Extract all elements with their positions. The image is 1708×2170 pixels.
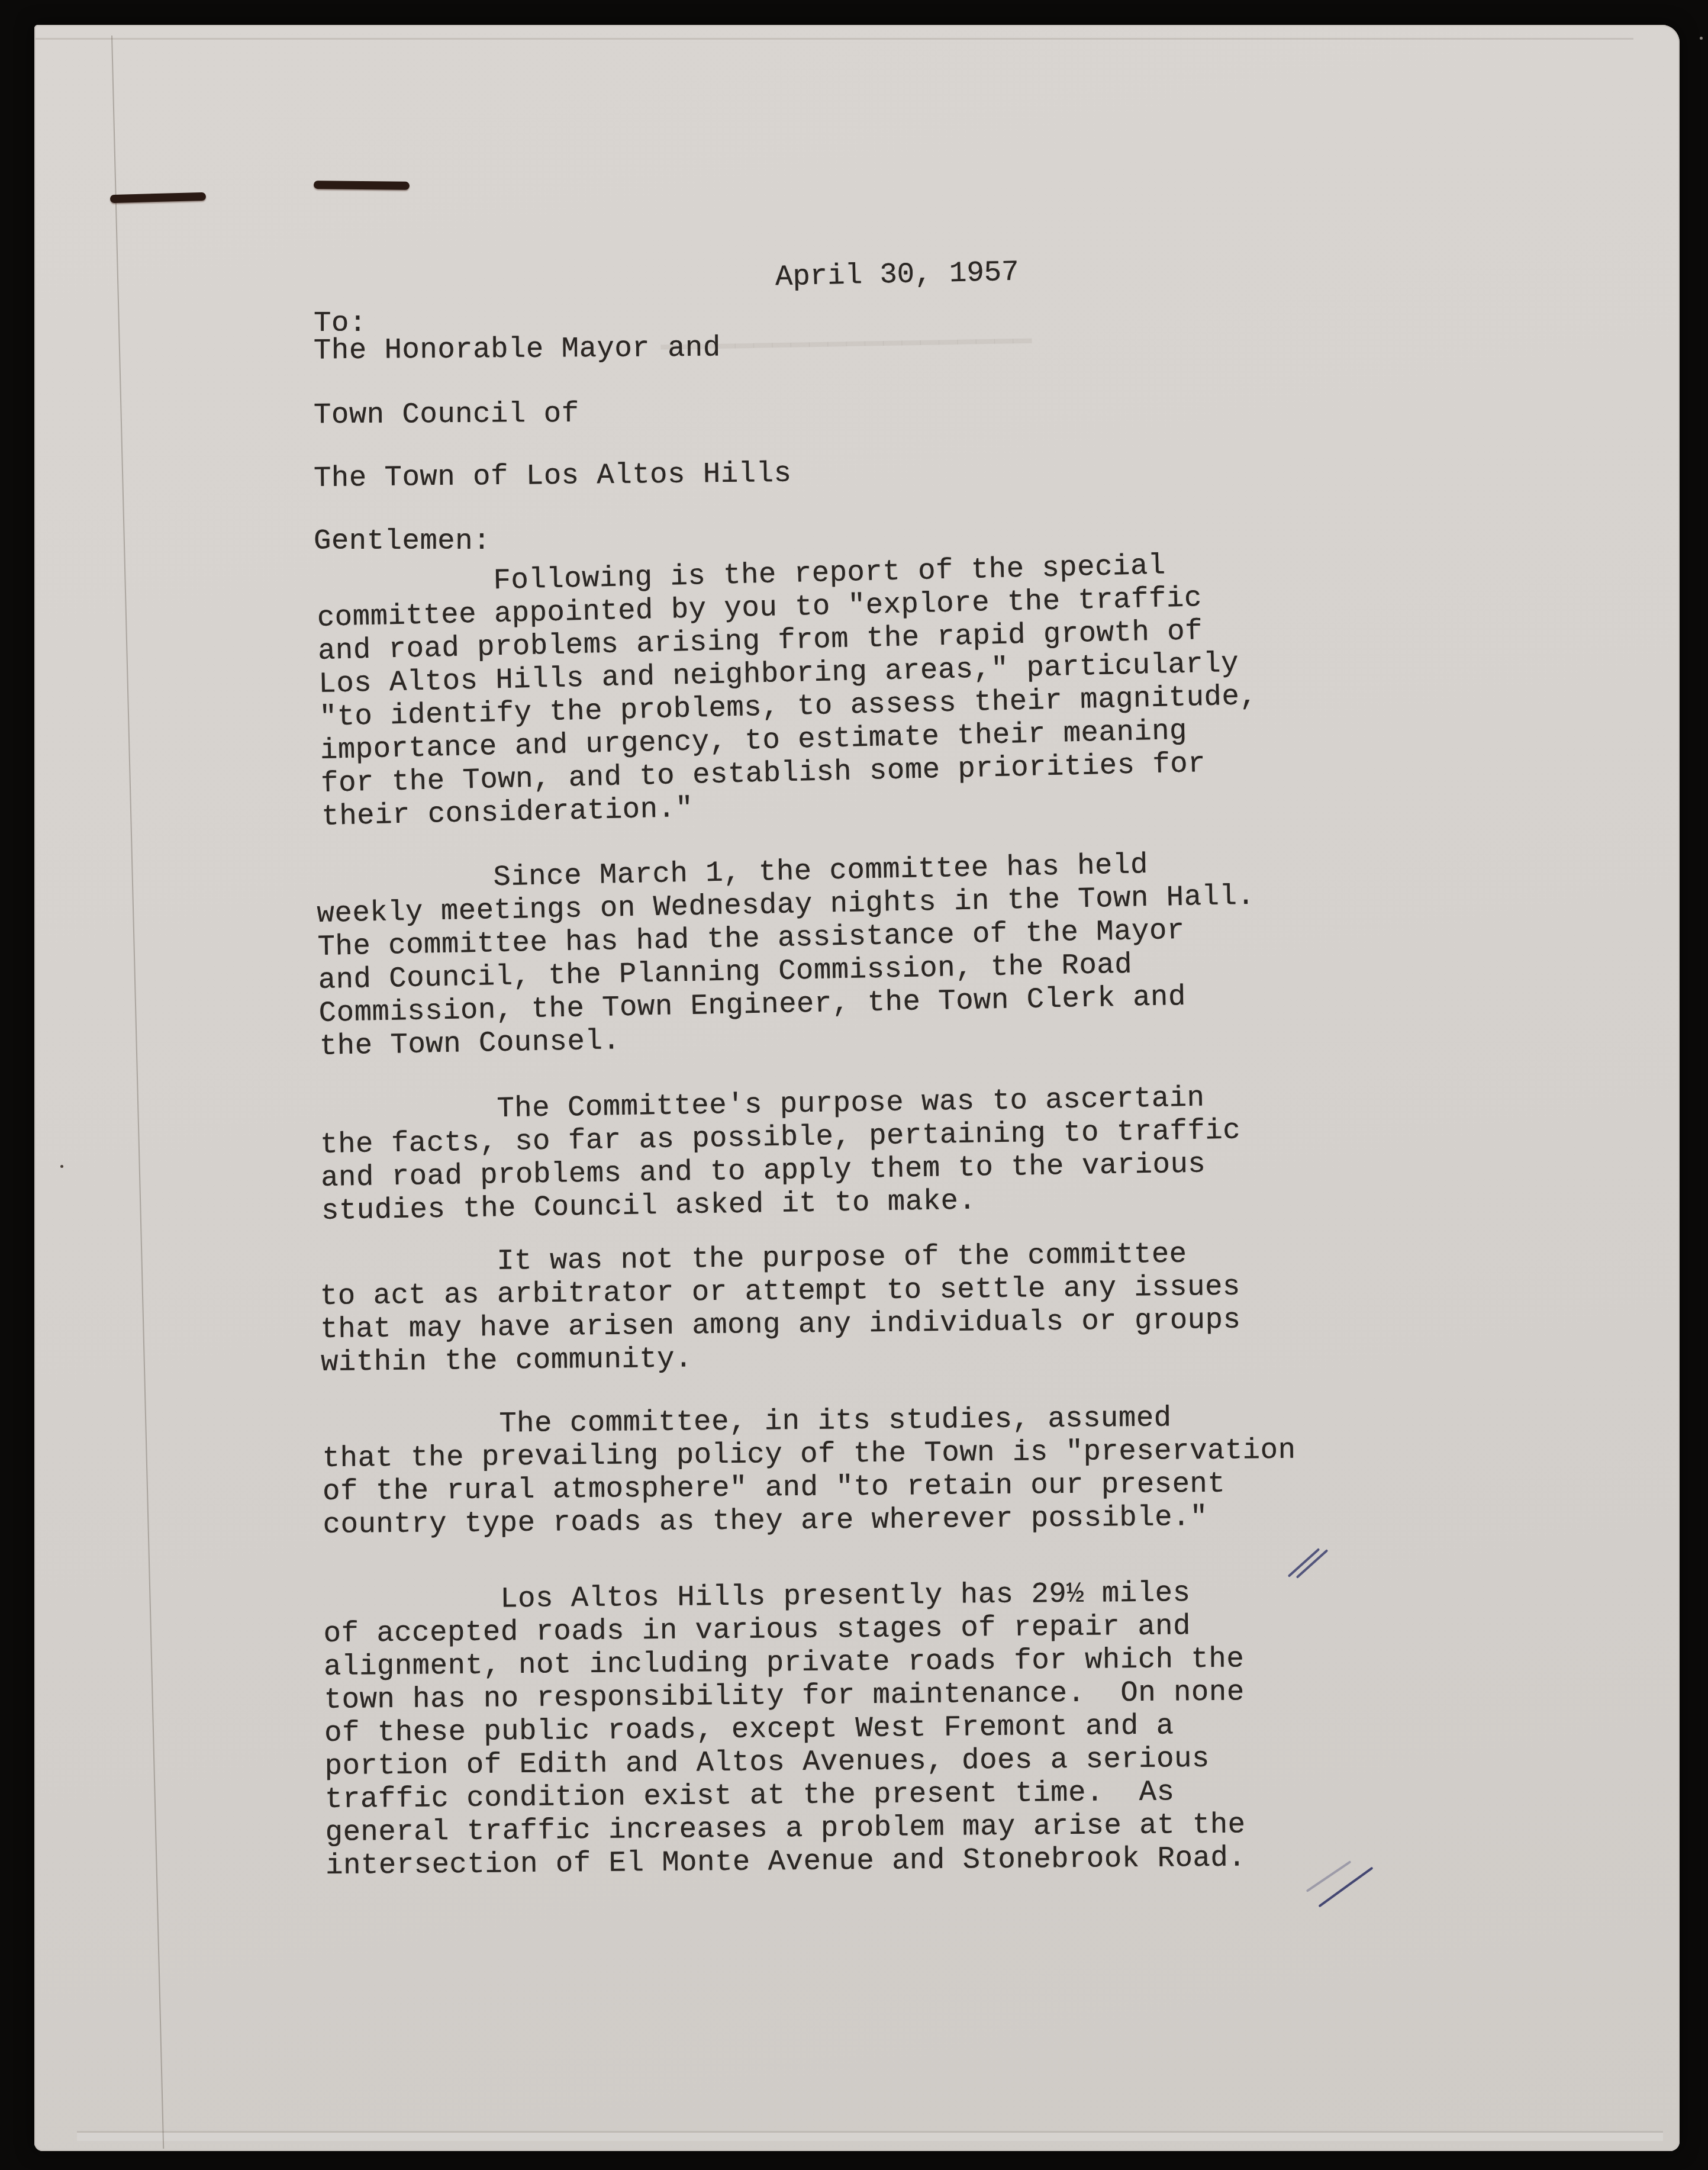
paragraph-6: Los Altos Hills presently has 29½ mileso… (323, 1576, 1246, 1882)
greeting: Gentlemen: (314, 524, 491, 558)
dust-speck (1700, 37, 1703, 40)
addressee-line-1: The Honorable Mayor and (314, 331, 721, 368)
paper-speck (60, 1165, 63, 1168)
addressee-line-3: The Town of Los Altos Hills (314, 457, 792, 495)
paper-stack-edge-bottom (77, 2131, 1663, 2141)
paragraph-2: Since March 1, the committee has heldwee… (316, 846, 1258, 1063)
letter-date: April 30, 1957 (775, 256, 1019, 294)
staple-icon (314, 181, 410, 190)
paragraph-3: The Committee's purpose was to ascertain… (320, 1081, 1242, 1228)
addressee-line-2: Town Council of (314, 397, 579, 432)
paragraph-4: It was not the purpose of the committeet… (320, 1237, 1241, 1379)
paragraph-5: The committee, in its studies, assumedth… (322, 1400, 1297, 1541)
paragraph-1: Following is the report of the specialco… (316, 547, 1260, 833)
paper-stack-edge-top (36, 26, 1633, 40)
